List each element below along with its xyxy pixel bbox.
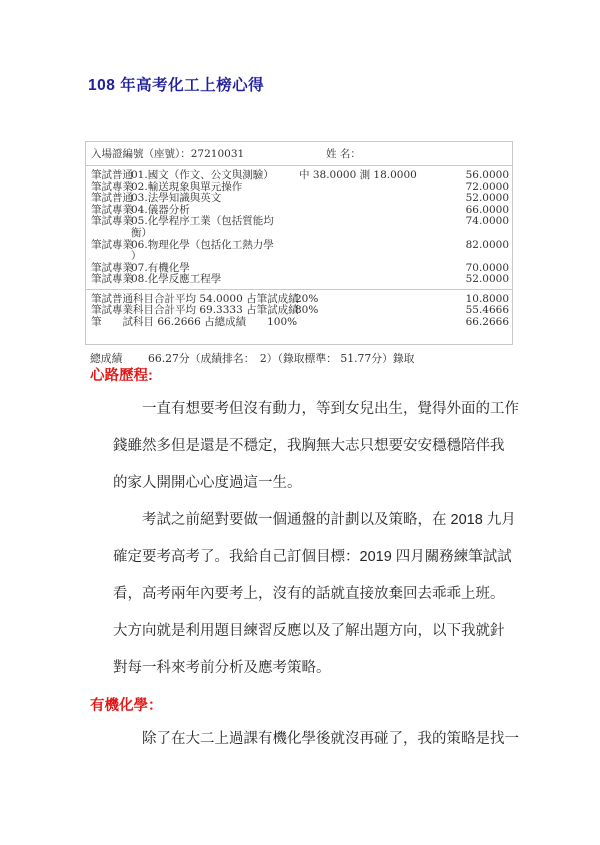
row-category: 筆試專業 [86,274,131,286]
summary-row: 筆 試科目 66.2666 占總成績 100% 66.2666 [86,317,512,328]
grand-total-row: 總成績 66.27分（成績排名： 2）（錄取標準： 51.77分）錄取 [90,351,513,366]
summary-percent: 80% [295,305,340,316]
row-detail [299,240,457,263]
paragraph: 一直有想要考但沒有動力，等到女兒出生，覺得外面的工作 錢雖然多但是還是不穩定，我… [90,391,526,502]
table-row: 筆試專業 05.化學程序工業（包括質能均 衡） 74.0000 [86,216,512,239]
score-report-header: 入場證編號（座號）：27210031 姓 名： [86,142,512,166]
paragraph: 除了在大二上過課有機化學後就沒再碰了，我的策略是找一 [90,721,526,758]
essay-content: 心路歷程: 一直有想要考但沒有動力，等到女兒出生，覺得外面的工作 錢雖然多但是還… [90,366,526,758]
row-category: 筆試專業 [86,240,131,263]
row-category: 筆試專業 [86,216,131,239]
section-heading-journey: 心路歷程: [90,366,526,386]
row-score: 56.0000 [457,170,512,182]
grand-total-value: 66.27分（成績排名： 2）（錄取標準： 51.77分）錄取 [148,351,513,366]
score-report-table: 入場證編號（座號）：27210031 姓 名： 筆試普通 01.國文（作文、公文… [85,141,513,345]
summary-percent [295,317,340,328]
summary-row: 筆試專業科目合計平均 69.3333 占筆試成績 80% 55.4666 [86,305,512,316]
summary-label: 筆試專業科目合計平均 69.3333 占筆試成績 [86,305,295,316]
document-title: 108 年高考化工上榜心得 [88,73,264,95]
paragraph: 考試之前絕對要做一個通盤的計劃以及策略，在 2018 九月 確定要考高考了。我給… [90,502,526,687]
summary-label: 筆 試科目 66.2666 占總成績 100% [86,317,295,328]
document-page: 108 年高考化工上榜心得 入場證編號（座號）：27210031 姓 名： 筆試… [0,0,600,845]
section-heading-organic-chemistry: 有機化學： [90,696,526,716]
table-row: 筆試專業 08.化學反應工程學 52.0000 [86,274,512,286]
row-detail [299,263,457,275]
name-label: 姓 名： [326,146,361,161]
table-row: 筆試普通 01.國文（作文、公文與測驗） 中 38.0000 測 18.0000… [86,170,512,182]
row-detail: 中 38.0000 測 18.0000 [299,170,457,182]
summary-value: 55.4666 [340,305,512,316]
row-score: 74.0000 [457,216,512,239]
row-subject: 05.化學程序工業（包括質能均 衡） [131,216,299,239]
row-score: 82.0000 [457,240,512,263]
row-subject: 06.物理化學（包括化工熱力學 ） [131,240,299,263]
row-subject: 01.國文（作文、公文與測驗） [131,170,299,182]
summary-value: 66.2666 [340,317,512,328]
subject-rows: 筆試普通 01.國文（作文、公文與測驗） 中 38.0000 測 18.0000… [86,166,512,286]
row-detail [299,193,457,205]
row-category: 筆試普通 [86,170,131,182]
grand-total-label: 總成績 [90,351,148,366]
row-detail [299,274,457,286]
row-detail [299,182,457,194]
row-detail [299,216,457,239]
row-score: 52.0000 [457,274,512,286]
summary-rows: 筆試普通科目合計平均 54.0000 占筆試成績 20% 10.8000 筆試專… [86,289,512,328]
admission-number: 入場證編號（座號）：27210031 [91,146,244,161]
row-detail [299,205,457,217]
row-subject: 08.化學反應工程學 [131,274,299,286]
table-row: 筆試專業 06.物理化學（包括化工熱力學 ） 82.0000 [86,240,512,263]
